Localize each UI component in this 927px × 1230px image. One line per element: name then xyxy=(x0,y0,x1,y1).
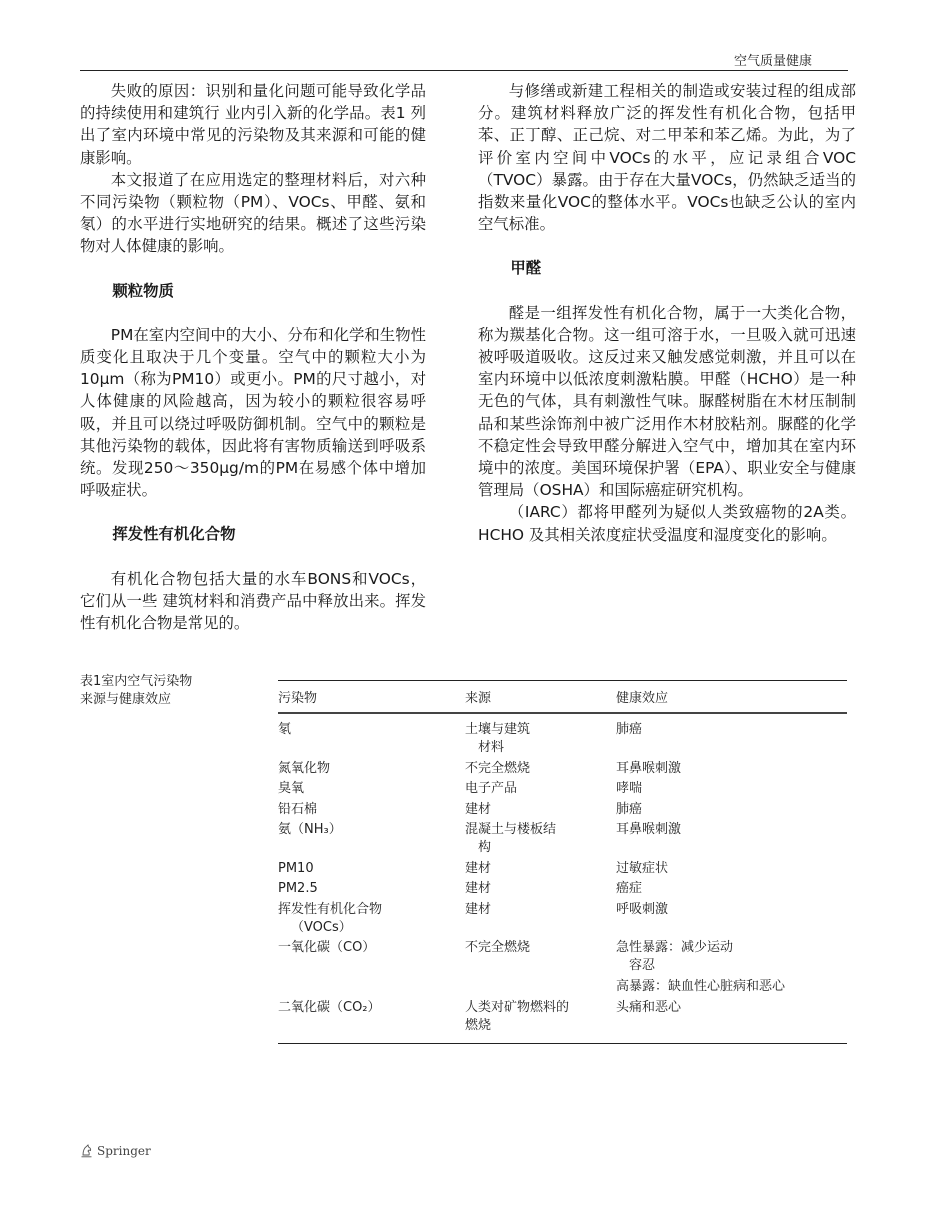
cell-pollutant: 氡 xyxy=(278,721,465,757)
cell-line: 氡 xyxy=(278,721,465,739)
table-row: 臭氧电子产品哮喘 xyxy=(278,780,847,798)
cell-pollutant: 氮氧化物 xyxy=(278,760,465,778)
cell-line: 耳鼻喉刺激 xyxy=(616,821,847,839)
table-row: 铅石棉建材肺癌 xyxy=(278,801,847,819)
table-caption-line-1: 表1室内空气污染物 xyxy=(80,673,220,691)
cell-line: 氮氧化物 xyxy=(278,760,465,778)
table-row: 一氧化碳（CO）不完全燃烧急性暴露：减少运动容忍高暴露：缺血性心脏病和恶心 xyxy=(278,939,847,996)
right-column: 与修缮或新建工程相关的制造或安装过程的组成部分。建筑材料释放广泛的挥发性有机化合… xyxy=(478,80,856,546)
cell-line: 不完全燃烧 xyxy=(465,939,616,957)
column-header-health-effect: 健康效应 xyxy=(616,687,847,706)
section-heading-hcho: 甲醛 xyxy=(478,257,856,279)
cell-health-effect: 耳鼻喉刺激 xyxy=(616,760,847,778)
cell-health-effect: 过敏症状 xyxy=(616,860,847,878)
table-caption-line-2: 来源与健康效应 xyxy=(80,691,220,709)
cell-line: PM2.5 xyxy=(278,880,465,898)
cell-source: 建材 xyxy=(465,901,616,937)
table-row: 氮氧化物不完全燃烧耳鼻喉刺激 xyxy=(278,760,847,778)
cell-line: 臭氧 xyxy=(278,780,465,798)
publisher-name: Springer xyxy=(97,1144,151,1158)
pm-paragraph: PM在室内空间中的大小、分布和化学和生物性质变化且取决于几个变量。空气中的颗粒大… xyxy=(80,324,426,502)
cell-health-effect: 哮喘 xyxy=(616,780,847,798)
cell-line: （VOCs） xyxy=(278,919,465,937)
pollutant-table: 污染物 来源 健康效应 氡土壤与建筑材料肺癌氮氧化物不完全燃烧耳鼻喉刺激臭氧电子… xyxy=(278,680,847,1044)
cell-source: 不完全燃烧 xyxy=(465,760,616,778)
section-heading-pm: 颗粒物质 xyxy=(80,280,426,302)
cell-line: 二氧化碳（CO₂） xyxy=(278,999,465,1017)
cell-pollutant: 氨（NH₃） xyxy=(278,821,465,857)
cell-line: 肺癌 xyxy=(616,801,847,819)
cell-line: 高暴露：缺血性心脏病和恶心 xyxy=(616,978,847,996)
cell-line: 铅石棉 xyxy=(278,801,465,819)
cell-pollutant: 臭氧 xyxy=(278,780,465,798)
cell-health-effect: 肺癌 xyxy=(616,721,847,757)
table-row: 氨（NH₃）混凝土与楼板结构耳鼻喉刺激 xyxy=(278,821,847,857)
cell-line: 癌症 xyxy=(616,880,847,898)
voc-continued-paragraph: 与修缮或新建工程相关的制造或安装过程的组成部分。建筑材料释放广泛的挥发性有机化合… xyxy=(478,80,856,235)
cell-line: 耳鼻喉刺激 xyxy=(616,760,847,778)
cell-line: 构 xyxy=(465,839,616,857)
table-row: PM10建材过敏症状 xyxy=(278,860,847,878)
intro-paragraph-2: 本文报道了在应用选定的整理材料后，对六种不同污染物（颗粒物（PM）、VOCs、甲… xyxy=(80,169,426,258)
cell-line: 材料 xyxy=(465,739,616,757)
cell-line: 容忍 xyxy=(616,957,847,975)
cell-line: 燃烧 xyxy=(465,1017,616,1035)
cell-line: 一氧化碳（CO） xyxy=(278,939,465,957)
cell-source: 人类对矿物燃料的燃烧 xyxy=(465,999,616,1035)
voc-paragraph: 有机化合物包括大量的水车BONS和VOCs，它们从一些 建筑材料和消费产品中释放… xyxy=(80,568,426,635)
cell-line: 过敏症状 xyxy=(616,860,847,878)
cell-source: 建材 xyxy=(465,801,616,819)
column-header-source: 来源 xyxy=(465,687,616,706)
cell-pollutant: 二氧化碳（CO₂） xyxy=(278,999,465,1035)
cell-pollutant: PM2.5 xyxy=(278,880,465,898)
cell-line: PM10 xyxy=(278,860,465,878)
table-row: 挥发性有机化合物（VOCs）建材呼吸刺激 xyxy=(278,901,847,937)
cell-line: 土壤与建筑 xyxy=(465,721,616,739)
cell-line: 氨（NH₃） xyxy=(278,821,465,839)
left-column: 失败的原因：识别和量化问题可能导致化学品的持续使用和建筑行 业内引入新的化学品。… xyxy=(80,80,426,634)
cell-line: 肺癌 xyxy=(616,721,847,739)
cell-line: 建材 xyxy=(465,801,616,819)
cell-source: 电子产品 xyxy=(465,780,616,798)
cell-line: 呼吸刺激 xyxy=(616,901,847,919)
column-header-pollutant: 污染物 xyxy=(278,687,465,706)
cell-health-effect: 耳鼻喉刺激 xyxy=(616,821,847,857)
cell-health-effect: 癌症 xyxy=(616,880,847,898)
hcho-paragraph-2: （IARC）都将甲醛列为疑似人类致癌物的2A类。HCHO 及其相关浓度症状受温度… xyxy=(478,501,856,545)
running-title: 空气质量健康 xyxy=(734,50,812,69)
table-row: PM2.5建材癌症 xyxy=(278,880,847,898)
cell-source: 混凝土与楼板结构 xyxy=(465,821,616,857)
cell-source: 不完全燃烧 xyxy=(465,939,616,996)
springer-horse-icon xyxy=(80,1144,93,1158)
cell-health-effect: 呼吸刺激 xyxy=(616,901,847,937)
cell-pollutant: 挥发性有机化合物（VOCs） xyxy=(278,901,465,937)
cell-pollutant: 一氧化碳（CO） xyxy=(278,939,465,996)
cell-line: 电子产品 xyxy=(465,780,616,798)
cell-line: 急性暴露：减少运动 xyxy=(616,939,847,957)
table-caption: 表1室内空气污染物 来源与健康效应 xyxy=(80,673,220,709)
cell-pollutant: PM10 xyxy=(278,860,465,878)
cell-health-effect: 头痛和恶心 xyxy=(616,999,847,1035)
cell-line: 不完全燃烧 xyxy=(465,760,616,778)
cell-health-effect: 急性暴露：减少运动容忍高暴露：缺血性心脏病和恶心 xyxy=(616,939,847,996)
table-body: 氡土壤与建筑材料肺癌氮氧化物不完全燃烧耳鼻喉刺激臭氧电子产品哮喘铅石棉建材肺癌氨… xyxy=(278,714,847,1043)
table-row: 二氧化碳（CO₂）人类对矿物燃料的燃烧头痛和恶心 xyxy=(278,999,847,1035)
publisher-logo: Springer xyxy=(80,1144,151,1158)
table-header-row: 污染物 来源 健康效应 xyxy=(278,681,847,712)
running-header: 空气质量健康 xyxy=(80,48,848,71)
cell-line: 人类对矿物燃料的 xyxy=(465,999,616,1017)
cell-line: 建材 xyxy=(465,880,616,898)
cell-health-effect: 肺癌 xyxy=(616,801,847,819)
cell-line: 哮喘 xyxy=(616,780,847,798)
table-row: 氡土壤与建筑材料肺癌 xyxy=(278,721,847,757)
cell-source: 建材 xyxy=(465,880,616,898)
cell-line: 挥发性有机化合物 xyxy=(278,901,465,919)
intro-paragraph-1: 失败的原因：识别和量化问题可能导致化学品的持续使用和建筑行 业内引入新的化学品。… xyxy=(80,80,426,169)
cell-source: 建材 xyxy=(465,860,616,878)
cell-line: 建材 xyxy=(465,901,616,919)
hcho-paragraph-1: 醛是一组挥发性有机化合物，属于一大类化合物，称为羰基化合物。这一组可溶于水，一旦… xyxy=(478,302,856,502)
table-bottom-rule xyxy=(278,1043,847,1044)
cell-line: 建材 xyxy=(465,860,616,878)
cell-line: 头痛和恶心 xyxy=(616,999,847,1017)
cell-source: 土壤与建筑材料 xyxy=(465,721,616,757)
cell-pollutant: 铅石棉 xyxy=(278,801,465,819)
cell-line: 混凝土与楼板结 xyxy=(465,821,616,839)
section-heading-voc: 挥发性有机化合物 xyxy=(80,523,426,545)
